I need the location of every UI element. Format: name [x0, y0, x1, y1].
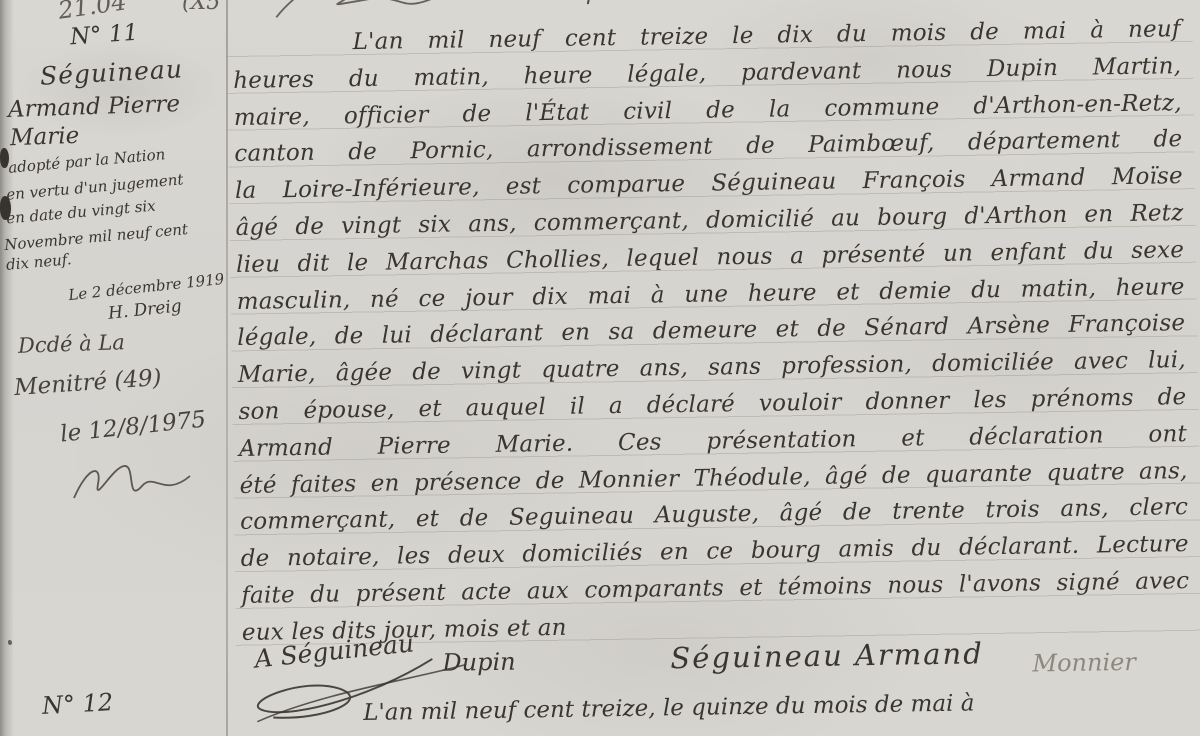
margin-name-surname: Séguineau: [39, 54, 183, 90]
margin-pencil-note: (X5: [182, 0, 220, 15]
margin-column: 21.04 (X5 N° 11 Séguineau Armand Pierre …: [0, 0, 226, 736]
act-body-column: Dupin Bachelleau Monnier L'an mil neuf c…: [232, 0, 1200, 736]
death-note-line: Menitré (49): [13, 365, 162, 401]
registry-page-scan: 21.04 (X5 N° 11 Séguineau Armand Pierre …: [0, 0, 1200, 736]
previous-act-signature-witness: Monnier: [960, 0, 1055, 2]
act-text: L'an mil neuf cent treize le dix du mois…: [232, 11, 1190, 651]
signature-witness: Séguineau Armand: [670, 636, 984, 675]
margin-name-given: Marie: [10, 123, 80, 151]
signature-witness: Monnier: [1032, 648, 1136, 678]
death-note-line: le 12/8/1975: [59, 406, 207, 447]
death-note-line: Dcdé à La: [18, 330, 126, 358]
signature-flourish: [68, 458, 198, 510]
act-number: N° 11: [69, 20, 139, 51]
next-act-number: N° 12: [41, 688, 114, 720]
previous-act-signature-witness: Bachelleau: [802, 0, 931, 1]
previous-act-signature-mayor: Dupin: [554, 0, 621, 6]
official-initials-signature: H. Dreig: [107, 296, 182, 324]
margin-name-given: Armand Pierre: [8, 91, 181, 123]
adoption-note-line: en vertu d'un jugement: [6, 170, 185, 203]
adoption-note-line: dix neuf.: [5, 250, 72, 274]
signature-mayor: Dupin: [442, 648, 516, 677]
